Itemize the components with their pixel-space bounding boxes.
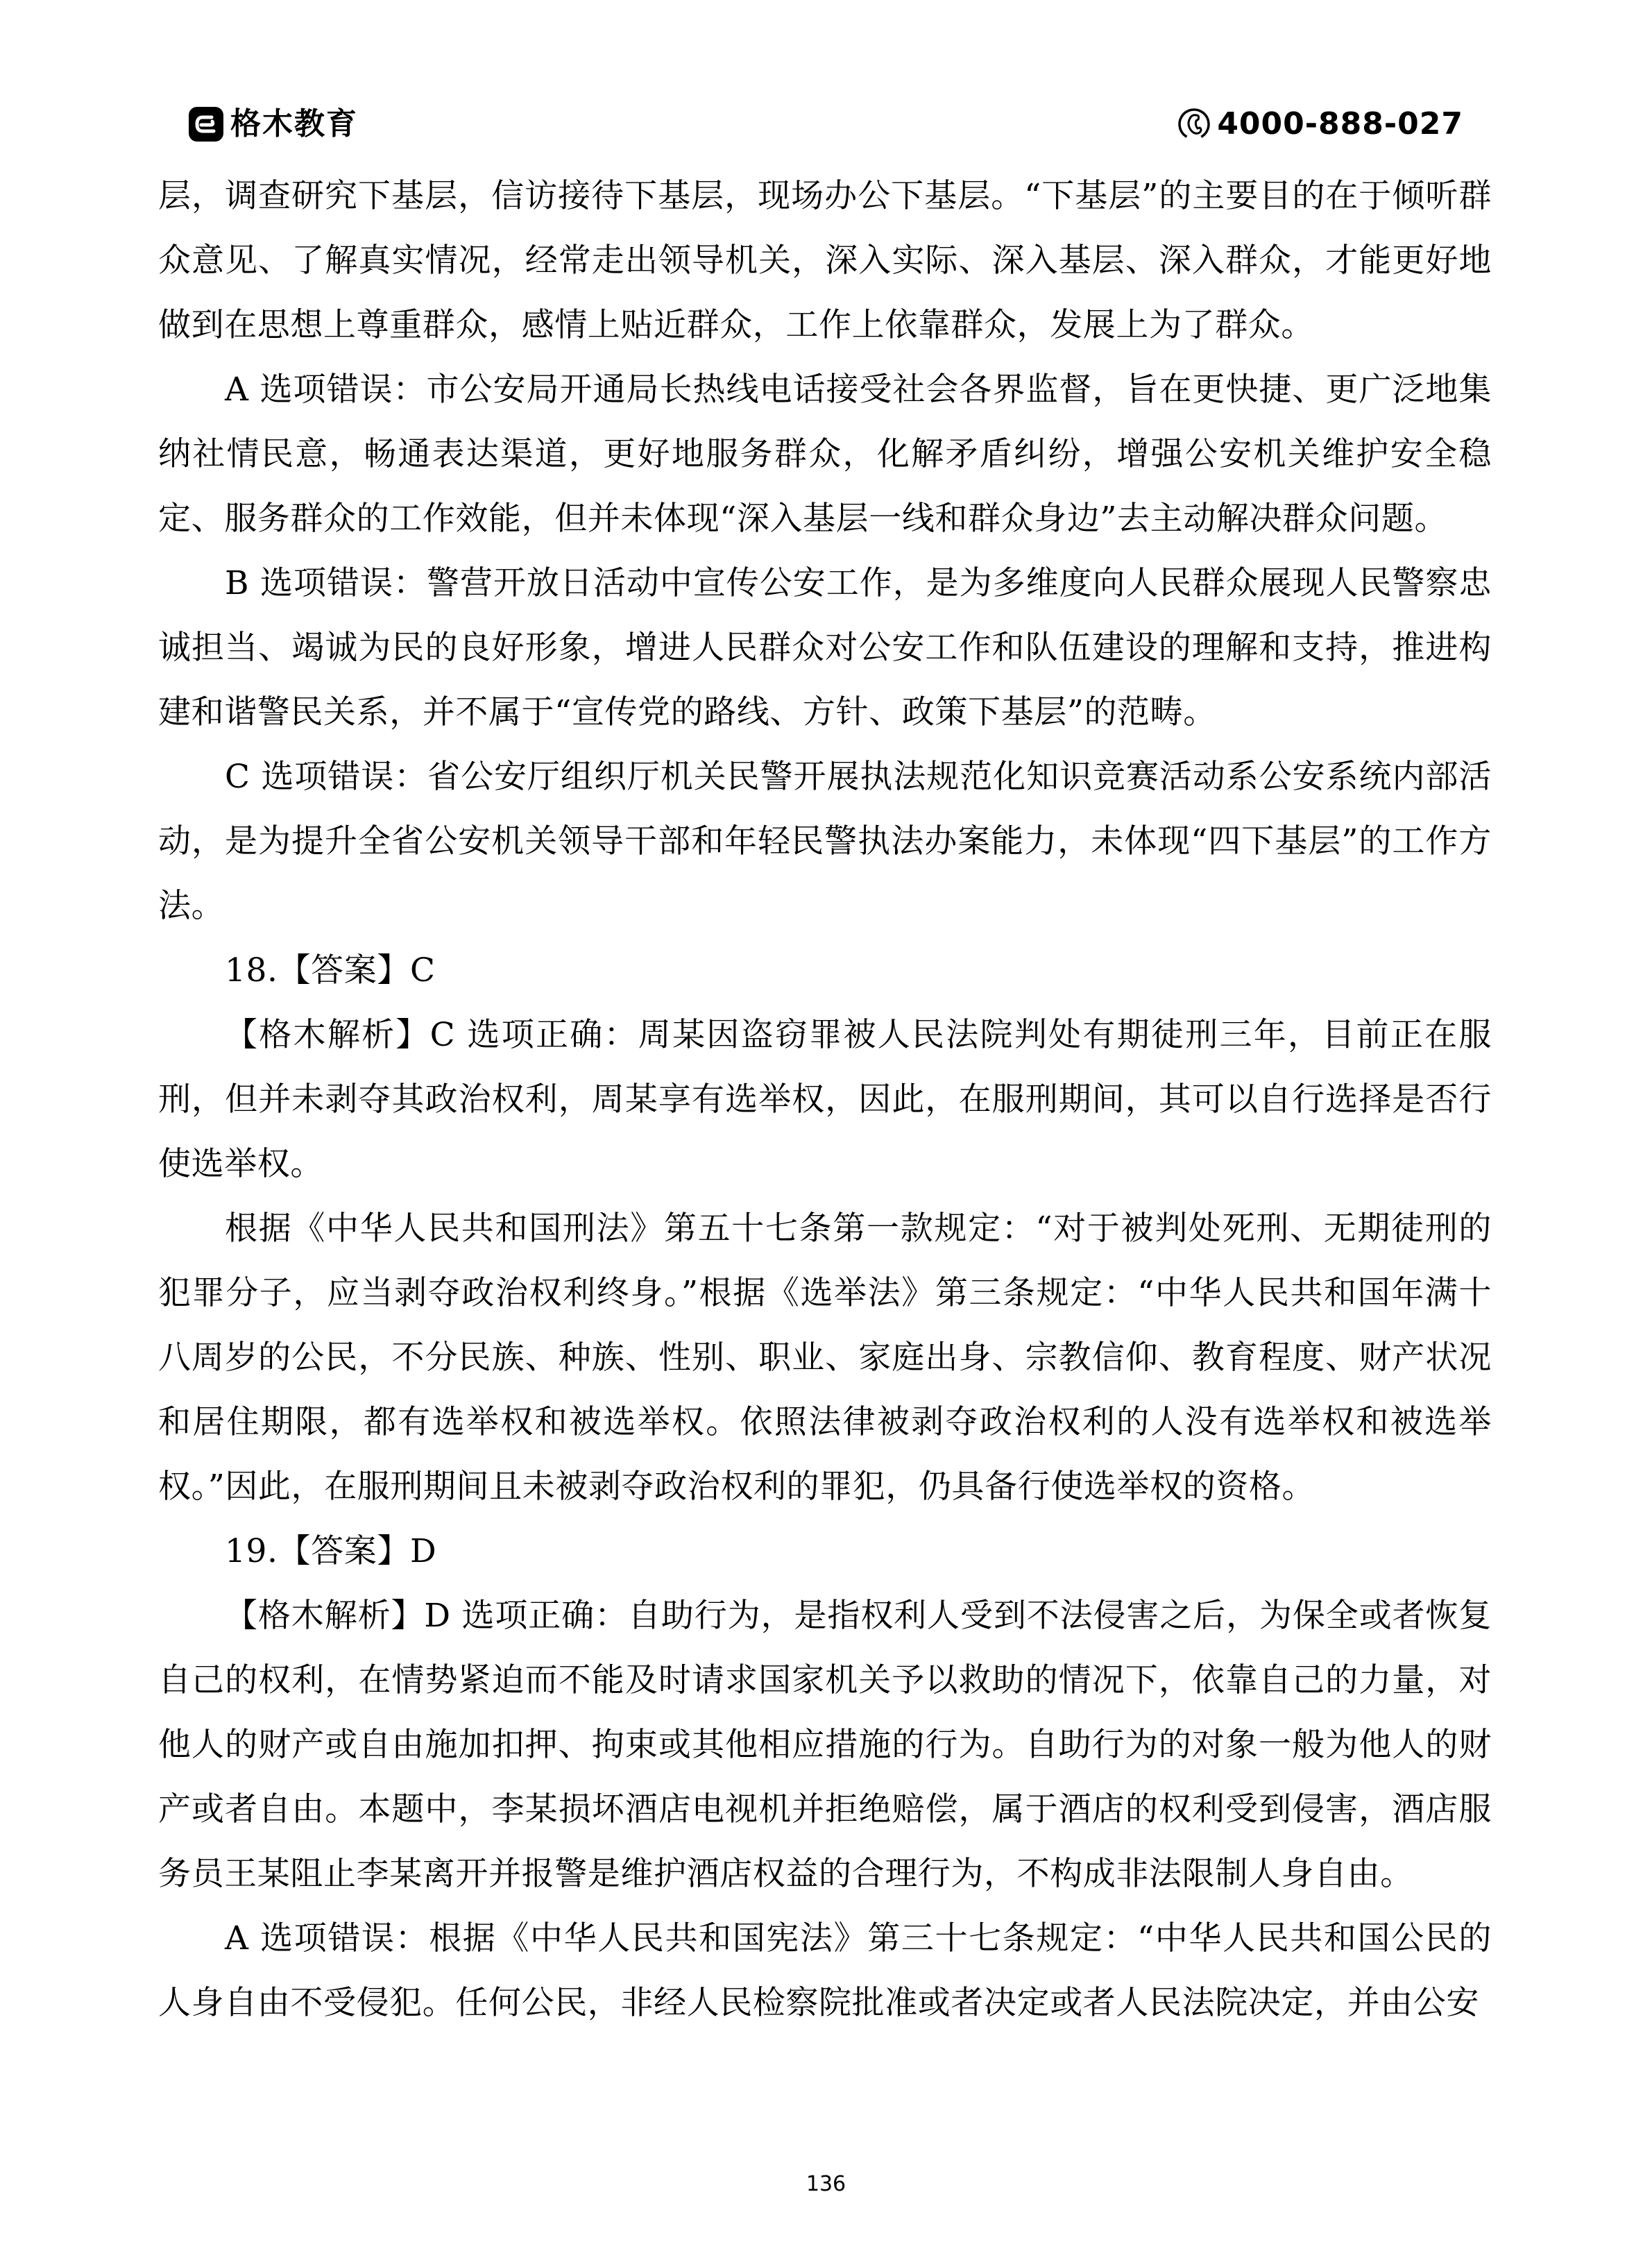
phone-icon (1177, 107, 1211, 142)
answer-heading-q18: 18.【答案】C (158, 938, 1492, 1003)
page-number: 136 (0, 2172, 1652, 2196)
paragraph-q17-option-a: A 选项错误：市公安局开通局长热线电话接受社会各界监督，旨在更快捷、更广泛地集纳… (158, 357, 1492, 551)
page-header: 格木教育 4000-888-027 (0, 0, 1652, 160)
brand-logo: 格木教育 (189, 105, 358, 143)
brand-logo-icon (189, 107, 223, 142)
document-body: 层，调查研究下基层，信访接待下基层，现场办公下基层。“下基层”的主要目的在于倾听… (158, 164, 1492, 2035)
answer-heading-q19: 19.【答案】D (158, 1519, 1492, 1583)
paragraph-q18-law: 根据《中华人民共和国刑法》第五十七条第一款规定：“对于被判处死刑、无期徒刑的犯罪… (158, 1196, 1492, 1519)
hotline-number: 4000-888-027 (1217, 105, 1463, 143)
paragraph-q18-analysis: 【格木解析】C 选项正确：周某因盗窃罪被人民法院判处有期徒刑三年，目前正在服刑，… (158, 1003, 1492, 1196)
paragraph-q17-option-b: B 选项错误：警营开放日活动中宣传公安工作，是为多维度向人民群众展现人民警察忠诚… (158, 551, 1492, 745)
paragraph-q19-analysis: 【格木解析】D 选项正确：自助行为，是指权利人受到不法侵害之后，为保全或者恢复自… (158, 1583, 1492, 1906)
brand-name: 格木教育 (230, 105, 358, 143)
paragraph-continuation: 层，调查研究下基层，信访接待下基层，现场办公下基层。“下基层”的主要目的在于倾听… (158, 164, 1492, 357)
paragraph-q19-option-a: A 选项错误：根据《中华人民共和国宪法》第三十七条规定：“中华人民共和国公民的人… (158, 1906, 1492, 2035)
paragraph-q17-option-c: C 选项错误：省公安厅组织厅机关民警开展执法规范化知识竞赛活动系公安系统内部活动… (158, 745, 1492, 938)
hotline: 4000-888-027 (1177, 105, 1463, 143)
